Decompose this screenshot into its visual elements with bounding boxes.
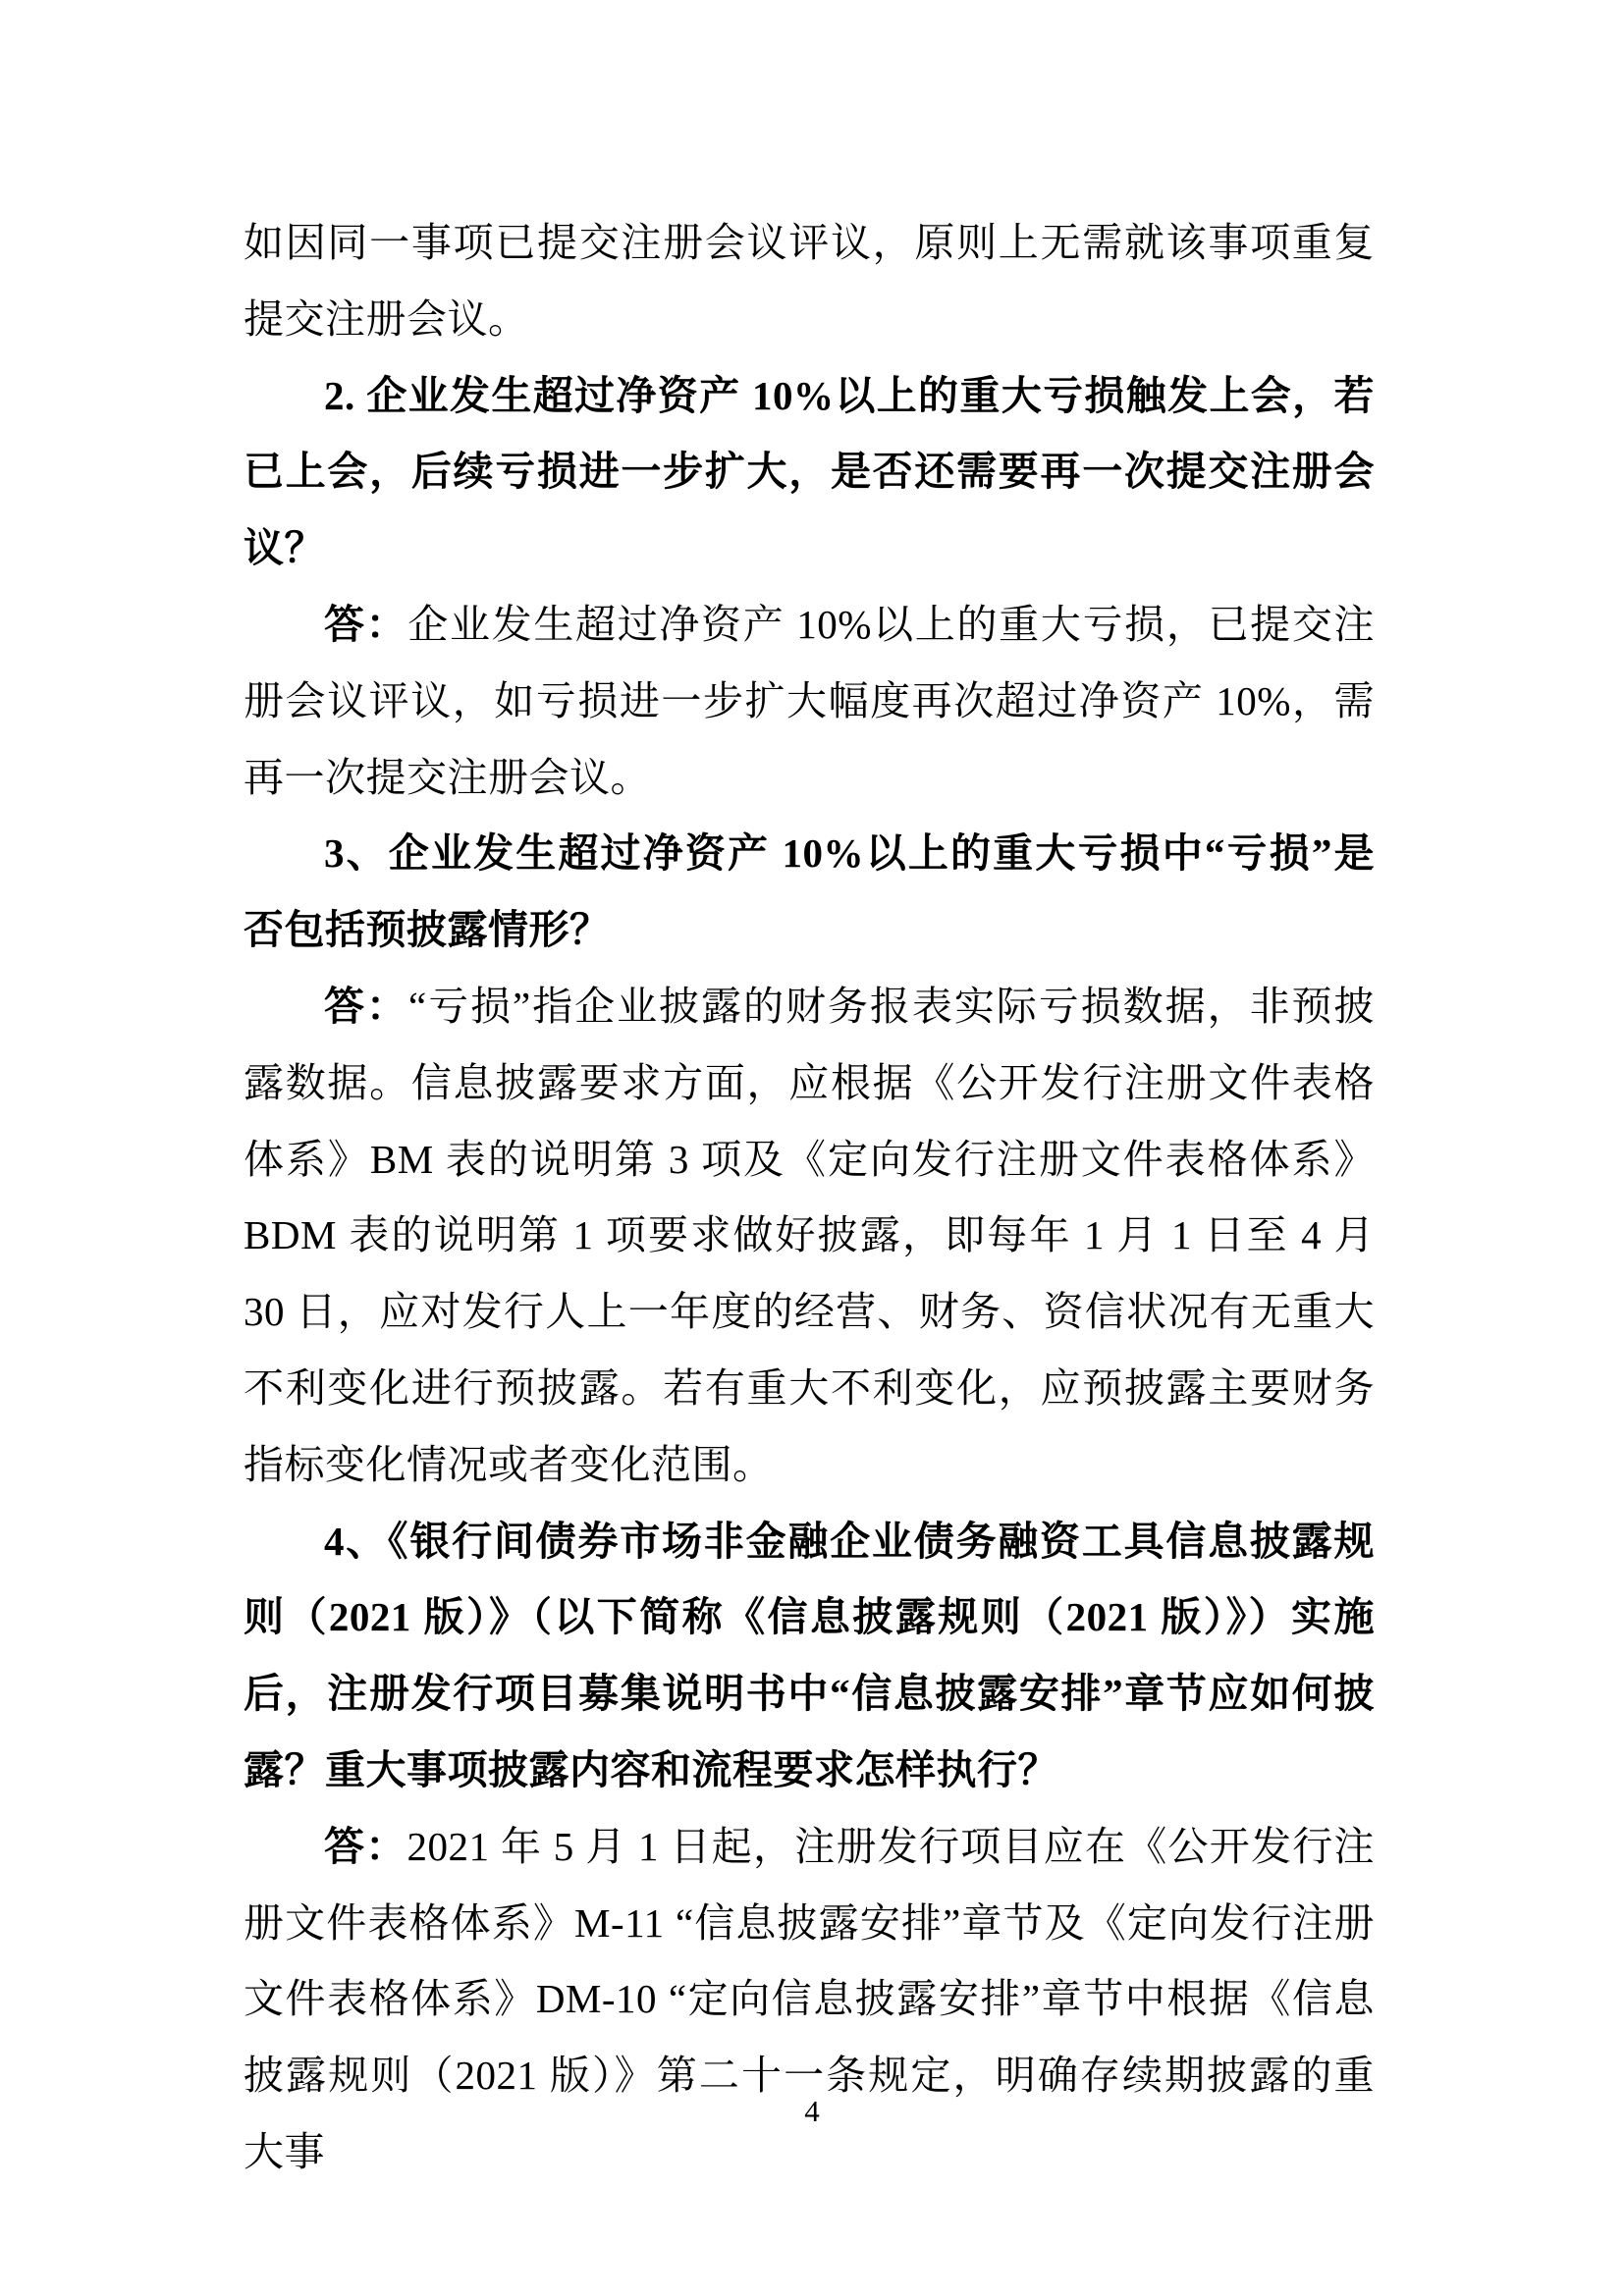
answer-prefix: 答：: [324, 1824, 407, 1869]
answer-prefix: 答：: [324, 602, 407, 647]
paragraph-text: “亏损”指企业披露的财务报表实际亏损数据，非预披露数据。信息披露要求方面，应根据…: [244, 984, 1375, 1487]
paragraph-text: 如因同一事项已提交注册会议评议，原则上无需就该事项重复提交注册会议。: [244, 220, 1375, 342]
paragraph-answer-4: 答：2021 年 5 月 1 日起，注册发行项目应在《公开发行注册文件表格体系》…: [244, 1809, 1375, 2191]
paragraph-question-3: 3、企业发生超过净资产 10%以上的重大亏损中“亏损”是否包括预披露情形？: [244, 816, 1375, 969]
paragraph-text: 4、《银行间债券市场非金融企业债务融资工具信息披露规则（2021 版）》（以下简…: [244, 1519, 1375, 1792]
page-number: 4: [0, 2093, 1624, 2130]
paragraph-text: 3、企业发生超过净资产 10%以上的重大亏损中“亏损”是否包括预披露情形？: [244, 830, 1375, 952]
paragraph-question-2: 2. 企业发生超过净资产 10%以上的重大亏损触发上会，若已上会，后续亏损进一步…: [244, 358, 1375, 587]
document-body: 如因同一事项已提交注册会议评议，原则上无需就该事项重复提交注册会议。2. 企业发…: [244, 205, 1375, 2191]
answer-prefix: 答：: [324, 984, 408, 1029]
paragraph-answer-2: 答：企业发生超过净资产 10%以上的重大亏损，已提交注册会议评议，如亏损进一步扩…: [244, 587, 1375, 816]
paragraph-question-4: 4、《银行间债券市场非金融企业债务融资工具信息披露规则（2021 版）》（以下简…: [244, 1504, 1375, 1809]
paragraph-answer-3: 答：“亏损”指企业披露的财务报表实际亏损数据，非预披露数据。信息披露要求方面，应…: [244, 969, 1375, 1504]
paragraph-continuation: 如因同一事项已提交注册会议评议，原则上无需就该事项重复提交注册会议。: [244, 205, 1375, 358]
document-page: 如因同一事项已提交注册会议评议，原则上无需就该事项重复提交注册会议。2. 企业发…: [0, 0, 1624, 2296]
paragraph-text: 2. 企业发生超过净资产 10%以上的重大亏损触发上会，若已上会，后续亏损进一步…: [244, 373, 1375, 571]
paragraph-text: 企业发生超过净资产 10%以上的重大亏损，已提交注册会议评议，如亏损进一步扩大幅…: [244, 602, 1375, 800]
